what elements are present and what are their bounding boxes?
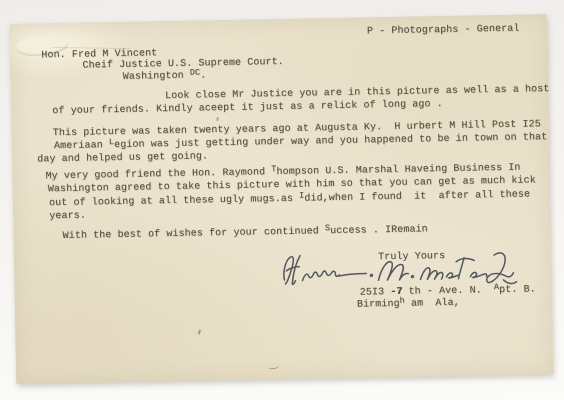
sender-address-street: 25I3 -7 th - Ave. N. Apt. B. <box>360 284 536 298</box>
body-line: day and helped us get going. <box>37 151 208 165</box>
body-line: Look close Mr Justice you are in this pi… <box>165 84 550 102</box>
sender-address-city: Birmingh am Ala, <box>357 298 460 311</box>
stray-ink-mark <box>198 329 201 334</box>
scanned-letter-photo: P - Photographs - General Hon. Fred M Vi… <box>0 0 564 400</box>
stray-ink-mark <box>216 117 219 121</box>
recipient-city: Washington DC. <box>123 70 207 83</box>
letter-paper: P - Photographs - General Hon. Fred M Vi… <box>10 14 554 384</box>
classification-header: P - Photographs - General <box>367 24 520 38</box>
body-line: years. <box>49 211 86 223</box>
stray-ink-mark <box>268 362 280 370</box>
recipient-title: Cheif Justice U.S. Supreme Court. <box>82 57 284 72</box>
body-line: of your friends. Kindly aceept it just a… <box>52 99 443 117</box>
body-line: With the best of wishes for your continu… <box>63 224 428 242</box>
